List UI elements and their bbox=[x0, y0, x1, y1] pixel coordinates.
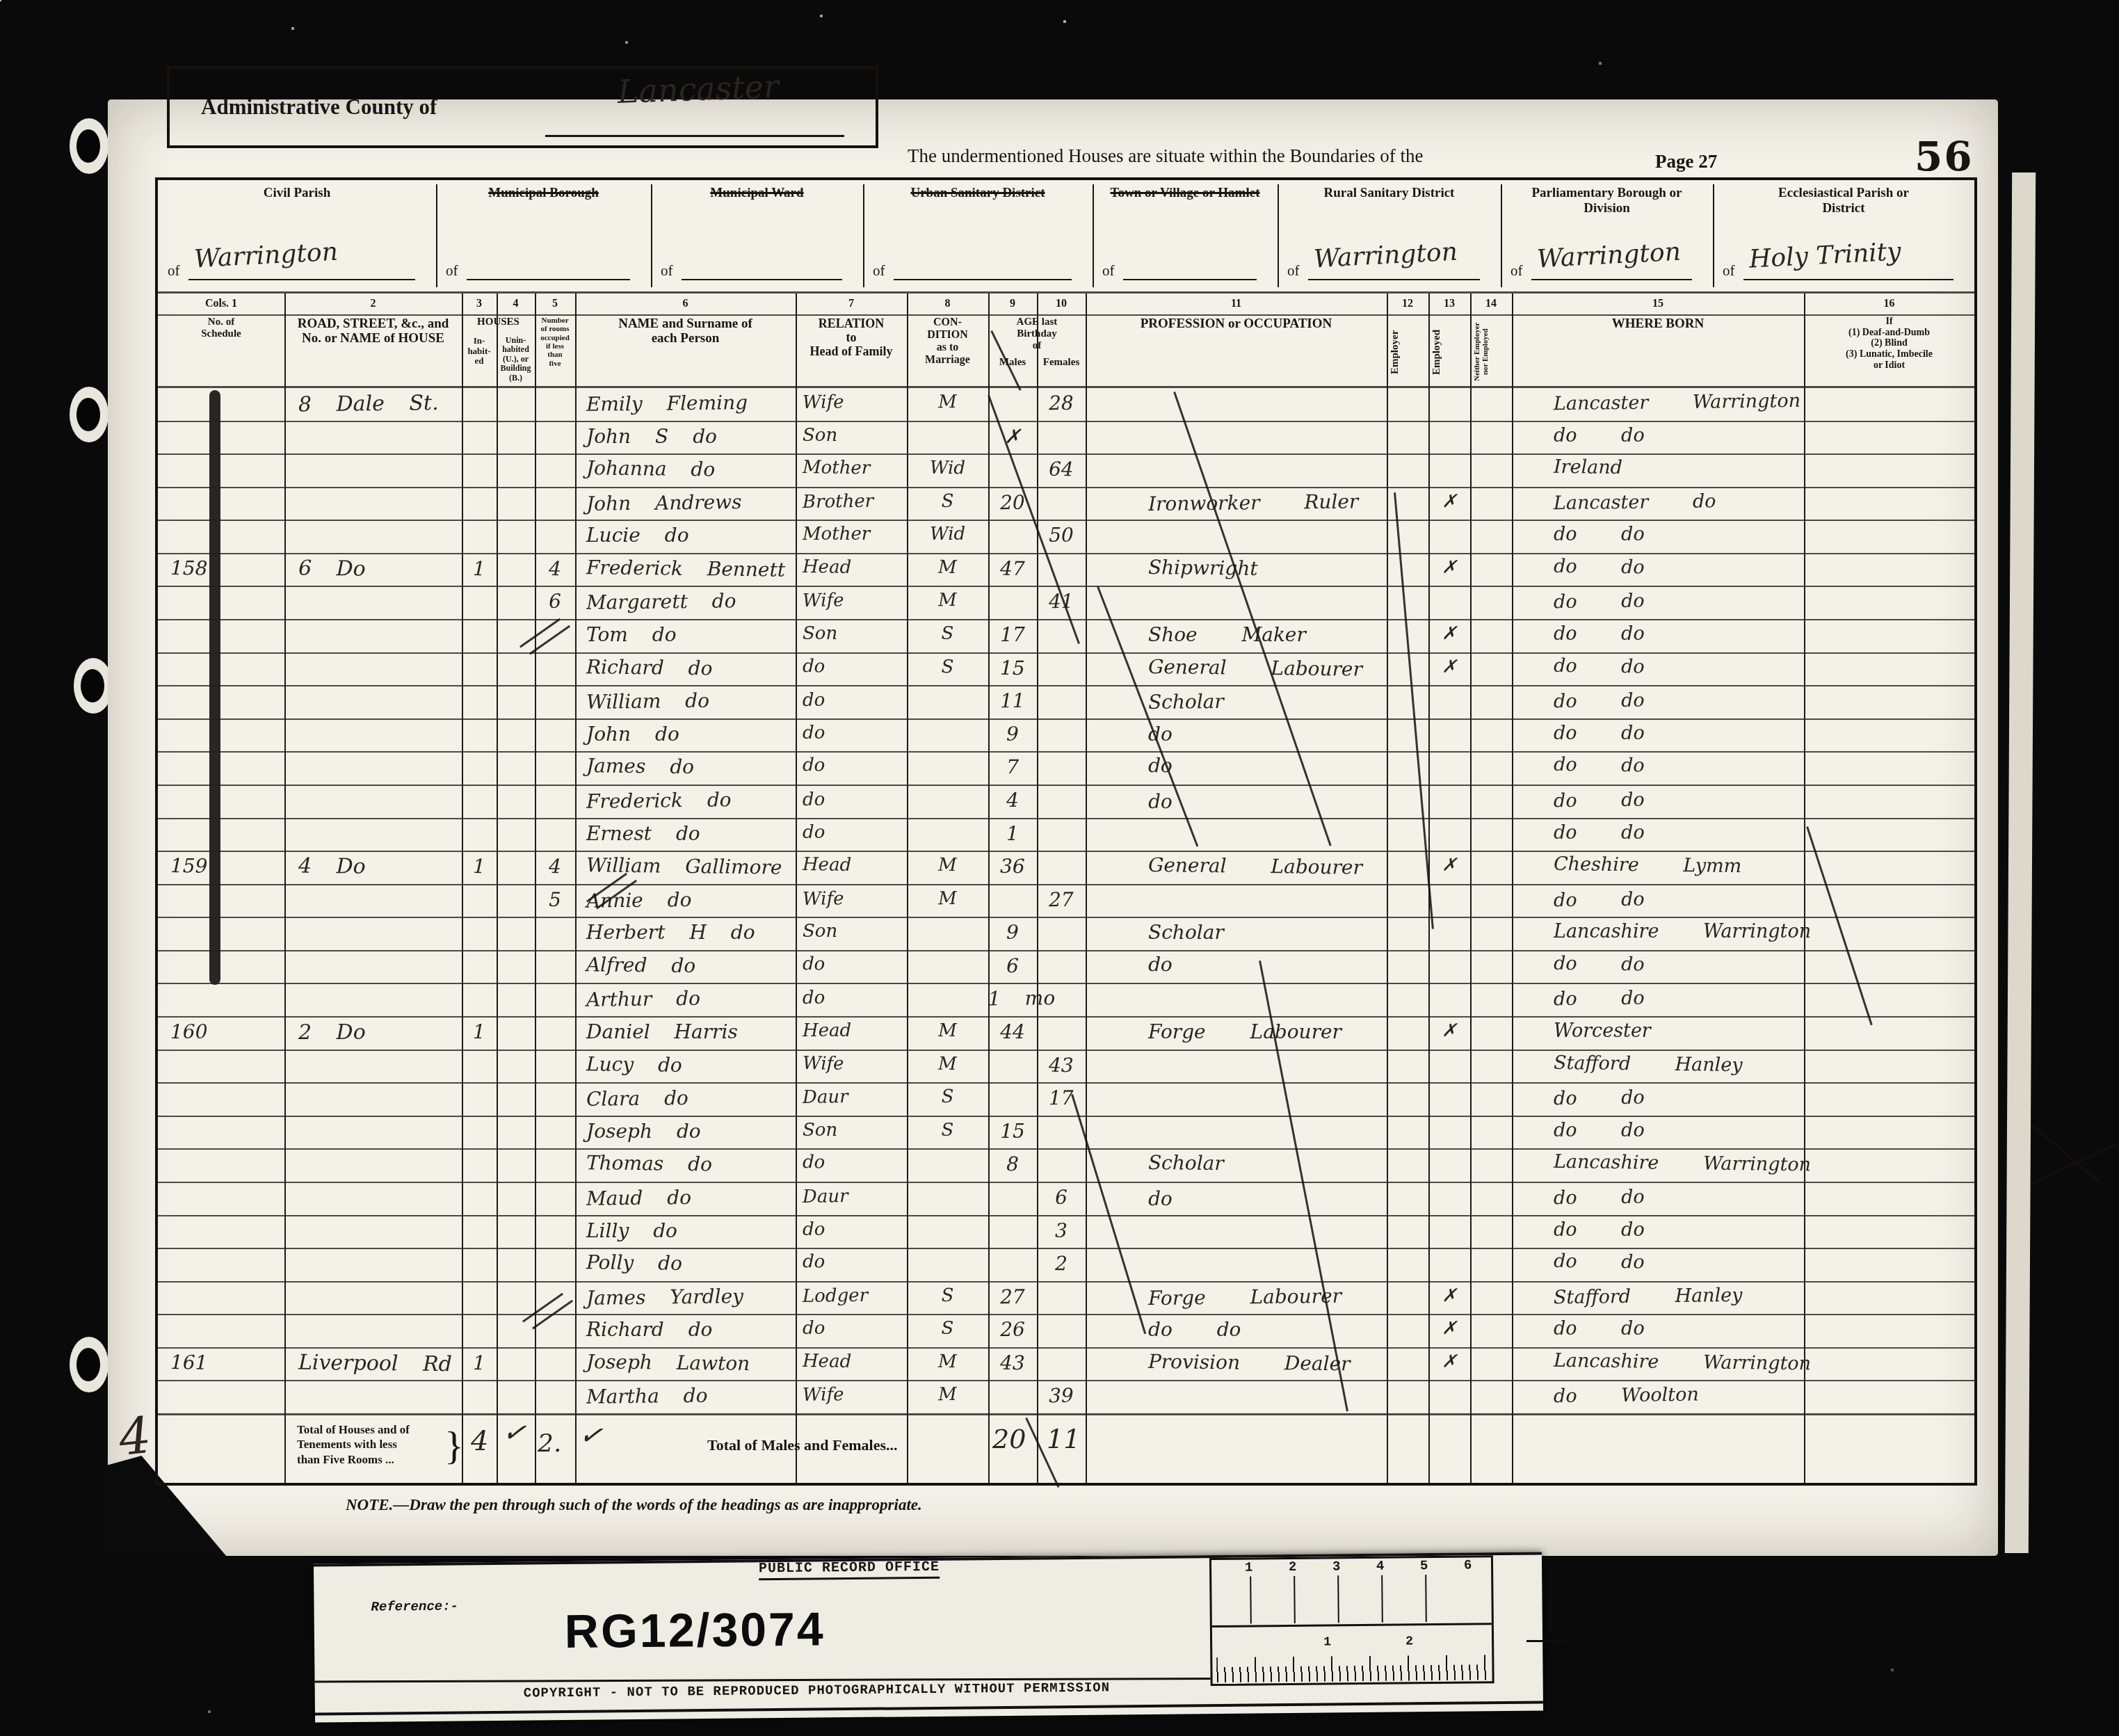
cell-name: William Gallimore bbox=[586, 853, 796, 879]
district-value: Warrington bbox=[1313, 238, 1458, 274]
cell-name: Maud do bbox=[586, 1184, 796, 1210]
column-number: 12 bbox=[1387, 294, 1428, 314]
cell-m: 17 bbox=[988, 623, 1037, 646]
column-header: No. of Schedule bbox=[159, 316, 283, 340]
cell-name: Lucie do bbox=[586, 524, 796, 547]
grid-vline bbox=[284, 294, 286, 1483]
cell-born: do do bbox=[1554, 822, 1804, 844]
cell-rel: do bbox=[803, 1318, 907, 1339]
cell-name: John do bbox=[586, 723, 796, 746]
stamp-office-title: PUBLIC RECORD OFFICE bbox=[759, 1559, 940, 1580]
grid-hline bbox=[158, 983, 1974, 984]
cell-empd: ✗ bbox=[1428, 1351, 1470, 1372]
cell-name: Annie do bbox=[586, 887, 796, 913]
cell-occ: do bbox=[1148, 723, 1387, 746]
cell-born: do do bbox=[1554, 787, 1804, 812]
cell-name: Tom do bbox=[586, 623, 796, 646]
cell-cond: Wid bbox=[907, 524, 988, 545]
cell-f: 39 bbox=[1037, 1384, 1086, 1408]
column-number: 16 bbox=[1804, 294, 1974, 314]
district-blank-line bbox=[1123, 279, 1257, 280]
cell-born: do do bbox=[1554, 723, 1804, 744]
totals-houses-value: 4 bbox=[471, 1425, 488, 1457]
cell-rel: Head bbox=[803, 854, 907, 876]
cell-name: Emily Fleming bbox=[586, 390, 796, 416]
cell-rel: Daur bbox=[803, 1185, 907, 1207]
registration-mark bbox=[1526, 1640, 1565, 1642]
district-separator bbox=[1093, 184, 1094, 287]
cell-rel: do bbox=[803, 1219, 907, 1240]
cell-cond: S bbox=[907, 1120, 988, 1141]
cell-name: Frederick Bennett bbox=[586, 556, 796, 581]
grid-hline bbox=[158, 917, 1974, 918]
grid-hline bbox=[158, 950, 1974, 951]
district-of-label: of bbox=[1510, 262, 1523, 280]
cell-born: do do bbox=[1554, 1251, 1804, 1275]
stamp-reference-label: Reference:- bbox=[371, 1598, 458, 1614]
district-value: Holy Trinity bbox=[1748, 237, 1901, 273]
cell-empd: ✗ bbox=[1428, 855, 1470, 876]
cell-name: Clara do bbox=[586, 1085, 796, 1111]
totals-females: 11 bbox=[1047, 1424, 1080, 1454]
cell-born: do do bbox=[1554, 524, 1804, 545]
grid-vline bbox=[575, 294, 577, 1483]
stamp-rule bbox=[315, 1701, 1543, 1716]
cell-name: Arthur do bbox=[586, 986, 796, 1012]
cell-name: Lilly do bbox=[586, 1219, 796, 1242]
district-of-label: of bbox=[873, 262, 885, 280]
cell-empd: ✗ bbox=[1428, 557, 1470, 579]
cell-name: Richard do bbox=[586, 1318, 796, 1341]
cell-rel: Son bbox=[803, 1120, 907, 1141]
grid-vline bbox=[1387, 294, 1388, 1483]
stamp-copyright: COPYRIGHT - NOT TO BE REPRODUCED PHOTOGR… bbox=[524, 1680, 1111, 1701]
district-value: Warrington bbox=[1536, 238, 1682, 274]
cell-born: do do bbox=[1554, 986, 1804, 1010]
cell-born: do do bbox=[1554, 1318, 1804, 1340]
grid-hline bbox=[158, 386, 1974, 388]
cell-rel: Wife bbox=[803, 391, 907, 413]
cell-born: Worcester bbox=[1554, 1020, 1804, 1042]
dust-specks bbox=[0, 0, 1, 1]
column-number: 5 bbox=[535, 294, 575, 314]
grid-vline bbox=[462, 294, 463, 1483]
cell-rel: Son bbox=[803, 425, 907, 446]
cell-name: Margarett do bbox=[586, 589, 796, 615]
cell-name: Ernest do bbox=[586, 822, 796, 845]
cell-occ: do bbox=[1148, 754, 1387, 780]
column-number: 9 bbox=[988, 294, 1037, 314]
column-header: ROAD, STREET, &c., and No. or NAME of HO… bbox=[286, 316, 460, 346]
cell-empd: ✗ bbox=[1428, 490, 1470, 512]
cell-occ: do bbox=[1148, 1184, 1387, 1210]
cell-cond: S bbox=[907, 1285, 988, 1306]
column-header: WHERE BORN bbox=[1513, 316, 1803, 331]
cell-born: do do bbox=[1554, 754, 1804, 778]
cell-born: do do bbox=[1554, 1219, 1804, 1241]
column-number: 6 bbox=[575, 294, 796, 314]
district-separator bbox=[1713, 184, 1714, 287]
grid-hline bbox=[158, 553, 1974, 554]
district-of-label: of bbox=[1102, 262, 1115, 280]
cell-m: 9 bbox=[988, 723, 1037, 746]
cell-occ: Shoe Maker bbox=[1148, 623, 1387, 646]
cell-rel: do bbox=[803, 656, 907, 678]
district-of-label: of bbox=[446, 262, 458, 280]
column-number: 13 bbox=[1428, 294, 1470, 314]
cell-road: 8 Dale St. bbox=[298, 391, 462, 417]
cell-born: do do bbox=[1554, 1085, 1804, 1109]
cell-cond: M bbox=[907, 1384, 988, 1406]
district-label: Ecclesiastical Parish or District bbox=[1718, 186, 1969, 216]
cell-m: 26 bbox=[988, 1318, 1037, 1341]
grid-hline bbox=[158, 1413, 1974, 1415]
grid-hline bbox=[158, 1116, 1974, 1117]
cell-empd: ✗ bbox=[1428, 1020, 1470, 1041]
grid-hline bbox=[158, 1380, 1974, 1381]
district-label: Rural Sanitary District bbox=[1283, 186, 1495, 201]
cell-name: Johanna do bbox=[586, 456, 796, 482]
ruler-divider bbox=[1212, 1623, 1492, 1627]
column-header: Employer bbox=[1389, 319, 1426, 385]
cell-m: ✗ bbox=[988, 425, 1037, 448]
column-number: 2 bbox=[284, 294, 462, 314]
cell-born: do do bbox=[1554, 1120, 1804, 1141]
cell-name: Joseph Lawton bbox=[586, 1350, 796, 1376]
district-label: Municipal Ward bbox=[656, 186, 857, 201]
grid-hline bbox=[158, 1016, 1974, 1018]
grid-hline bbox=[158, 1148, 1974, 1150]
boundaries-text: The undermentioned Houses are situate wi… bbox=[908, 145, 1575, 167]
cell-cond: S bbox=[907, 1318, 988, 1339]
page-number: Page 27 bbox=[1655, 151, 1717, 172]
cell-rooms: 6 bbox=[535, 590, 575, 613]
cell-name: Herbert H do bbox=[586, 921, 796, 944]
punch-hole bbox=[70, 387, 108, 442]
cell-m: 1 bbox=[988, 822, 1037, 845]
ruler-tick bbox=[1425, 1575, 1427, 1622]
grid-hline bbox=[158, 453, 1974, 455]
cell-occ: Provision Dealer bbox=[1148, 1350, 1387, 1376]
grid-vline bbox=[1512, 294, 1513, 1483]
cell-occ: Ironworker Ruler bbox=[1148, 490, 1387, 515]
column-header: Employed bbox=[1431, 319, 1467, 385]
cell-born: Stafford Hanley bbox=[1554, 1283, 1804, 1308]
ruler-inch-label: 6 bbox=[1464, 1557, 1472, 1573]
district-separator bbox=[651, 184, 652, 287]
cell-born: do do bbox=[1554, 953, 1804, 977]
cell-f: 3 bbox=[1037, 1219, 1086, 1242]
cell-rel: do bbox=[803, 1152, 907, 1174]
county-box: Administrative County of Lancaster bbox=[167, 66, 878, 148]
cell-occ: Shipwright bbox=[1148, 556, 1387, 581]
cell-f: 43 bbox=[1037, 1053, 1086, 1077]
folio-stamp: 56 bbox=[1915, 133, 1974, 180]
grid-hline bbox=[158, 851, 1974, 852]
registration-mark bbox=[1549, 1566, 1552, 1632]
cell-occ: Scholar bbox=[1148, 921, 1387, 944]
district-separator bbox=[436, 184, 437, 287]
cell-name: Joseph do bbox=[586, 1120, 796, 1143]
grid-hline bbox=[158, 314, 1974, 316]
column-number: 7 bbox=[796, 294, 907, 314]
cell-name: Polly do bbox=[586, 1251, 796, 1276]
grid-hline bbox=[158, 718, 1974, 720]
cell-m: 4 bbox=[988, 789, 1037, 812]
cell-m: 1 mo bbox=[988, 987, 1037, 1011]
county-label: Administrative County of bbox=[201, 95, 437, 120]
ruler-inch-label: 2 bbox=[1289, 1559, 1297, 1575]
county-value: Lancaster bbox=[558, 65, 838, 113]
ruler: 1 2 3 4 5 6 1 2 bbox=[1209, 1555, 1494, 1686]
cell-name: Lucy do bbox=[586, 1052, 796, 1078]
district-blank-line bbox=[1531, 279, 1692, 280]
cell-road: Liverpool Rd bbox=[298, 1350, 462, 1376]
cell-sched: 160 bbox=[170, 1020, 284, 1043]
cell-rooms: 4 bbox=[535, 855, 575, 878]
grid-hline bbox=[158, 1314, 1974, 1315]
district-blank-line bbox=[467, 279, 630, 280]
column-header: RELATION to Head of Family bbox=[797, 316, 905, 358]
cell-m: 27 bbox=[988, 1285, 1037, 1308]
census-page: Administrative County of Lancaster The u… bbox=[108, 99, 1998, 1556]
margin-tally: 4 bbox=[116, 1406, 154, 1467]
totals-rooms-value: 2. bbox=[538, 1429, 561, 1458]
cell-empd: ✗ bbox=[1428, 1285, 1470, 1306]
grid-hline bbox=[158, 586, 1974, 587]
district-of-label: of bbox=[661, 262, 673, 280]
cell-rel: Brother bbox=[803, 490, 907, 513]
cell-empd: ✗ bbox=[1428, 656, 1470, 677]
census-form: Civil ParishofWarringtonMunicipal Boroug… bbox=[155, 177, 1977, 1486]
cell-occ: Forge Labourer bbox=[1148, 1020, 1387, 1043]
ruler-tick bbox=[1250, 1577, 1252, 1624]
cell-rel: Head bbox=[803, 1020, 907, 1041]
pen-stroke bbox=[2027, 1143, 2116, 1187]
column-header: Males bbox=[990, 357, 1036, 369]
column-header: If (1) Deaf-and-Dumb (2) Blind (3) Lunat… bbox=[1805, 316, 1973, 371]
cell-m: 44 bbox=[988, 1020, 1037, 1043]
ruler-cm-ticks bbox=[1216, 1664, 1488, 1682]
column-header: Number of rooms occupied if less than fi… bbox=[536, 316, 574, 368]
cell-inh: 1 bbox=[462, 855, 497, 878]
column-number: 3 bbox=[462, 294, 497, 314]
cell-rel: Daur bbox=[803, 1086, 907, 1108]
page-edge-strip bbox=[2005, 172, 2036, 1553]
district-blank-line bbox=[1308, 279, 1480, 280]
cell-m: 47 bbox=[988, 556, 1037, 580]
grid-hline bbox=[158, 619, 1974, 620]
cell-occ: Scholar bbox=[1148, 1151, 1387, 1177]
cell-rel: do bbox=[803, 1251, 907, 1273]
cell-born: do do bbox=[1554, 556, 1804, 580]
column-header: Unin- habited (U.), or Building (B.) bbox=[498, 336, 533, 383]
grid-hline bbox=[158, 652, 1974, 654]
cell-name: John S do bbox=[586, 425, 796, 448]
cell-name: Richard do bbox=[586, 655, 796, 681]
cell-occ: Scholar bbox=[1148, 688, 1387, 714]
grid-hline bbox=[158, 785, 1974, 786]
cell-f: 6 bbox=[1037, 1185, 1086, 1209]
column-header: In- habit- ed bbox=[463, 336, 495, 367]
cell-born: do do bbox=[1554, 688, 1804, 712]
cell-m: 9 bbox=[988, 921, 1037, 944]
cell-name: James Yardley bbox=[586, 1284, 796, 1310]
ruler-tick bbox=[1294, 1576, 1296, 1623]
district-label: Civil Parish bbox=[163, 186, 430, 201]
cell-f: 2 bbox=[1037, 1252, 1086, 1276]
houses-group-header: HOUSES bbox=[462, 316, 535, 328]
cell-born: do do bbox=[1554, 1184, 1804, 1209]
cell-born: Lancashire Warrington bbox=[1554, 921, 1804, 942]
cell-sched: 161 bbox=[170, 1351, 284, 1375]
cell-rel: do bbox=[803, 954, 907, 976]
cell-inh: 1 bbox=[462, 557, 497, 581]
cell-rel: Head bbox=[803, 556, 907, 579]
cell-cond: M bbox=[907, 1020, 988, 1041]
cell-name: Frederick do bbox=[586, 787, 796, 813]
ruler-cm-label: 2 bbox=[1405, 1634, 1413, 1648]
district-separator bbox=[1501, 184, 1502, 287]
cell-cond: M bbox=[907, 590, 988, 611]
column-number: 10 bbox=[1037, 294, 1086, 314]
cell-f: 28 bbox=[1037, 392, 1086, 415]
totals-houses-label: Total of Houses and of Tenements with le… bbox=[297, 1422, 457, 1467]
ruler-tick bbox=[1381, 1575, 1383, 1623]
district-label: Town or Village or Hamlet bbox=[1098, 186, 1272, 201]
cell-born: Ireland bbox=[1554, 456, 1804, 481]
district-of-label: of bbox=[168, 262, 180, 280]
district-label: Parliamentary Borough or Division bbox=[1506, 186, 1707, 216]
cell-m: 36 bbox=[988, 855, 1037, 878]
grid-vline bbox=[1804, 294, 1805, 1483]
cell-born: Lancaster do bbox=[1554, 490, 1804, 514]
cell-cond: S bbox=[907, 656, 988, 677]
column-header: Females bbox=[1038, 357, 1084, 369]
cell-sched: 159 bbox=[170, 854, 284, 878]
cell-born: Lancashire Warrington bbox=[1554, 1151, 1804, 1175]
grid-vline bbox=[796, 294, 797, 1483]
column-header: Neither Employer nor Employed bbox=[1473, 319, 1509, 385]
cell-inh: 1 bbox=[462, 1020, 497, 1043]
cell-born: do do bbox=[1554, 425, 1804, 447]
punch-hole bbox=[70, 1337, 108, 1392]
cell-empd: ✗ bbox=[1428, 1318, 1470, 1339]
grid-hline bbox=[158, 818, 1974, 819]
cell-name: Martha do bbox=[586, 1383, 796, 1409]
district-label: Municipal Borough bbox=[442, 186, 645, 201]
grid-hline bbox=[158, 751, 1974, 753]
census-scan: Administrative County of Lancaster The u… bbox=[0, 0, 2119, 1736]
totals-males-females-label: Total of Males and Females... bbox=[707, 1436, 898, 1454]
cell-m: 6 bbox=[988, 954, 1037, 977]
cell-cond: M bbox=[907, 887, 988, 909]
column-number: 4 bbox=[497, 294, 535, 314]
ruler-inch-label: 1 bbox=[1245, 1560, 1253, 1575]
check-mark: ✓ bbox=[577, 1418, 605, 1453]
district-blank-line bbox=[1743, 279, 1953, 280]
cell-empd: ✗ bbox=[1428, 623, 1470, 644]
cell-cond: S bbox=[907, 1086, 988, 1107]
cell-cond: Wid bbox=[907, 457, 988, 479]
cell-rel: do bbox=[803, 689, 907, 711]
grid-hline bbox=[158, 1347, 1974, 1349]
cell-rooms: 5 bbox=[535, 887, 575, 911]
grid-hline bbox=[158, 1050, 1974, 1051]
punch-hole bbox=[70, 118, 108, 174]
cell-cond: M bbox=[907, 556, 988, 578]
grid-hline bbox=[158, 1082, 1974, 1084]
cell-name: William do bbox=[586, 688, 796, 714]
grid-vline bbox=[1086, 294, 1087, 1483]
ruler-tick bbox=[1337, 1575, 1339, 1623]
cell-occ: do bbox=[1148, 953, 1387, 979]
totals-brace: } bbox=[444, 1422, 464, 1469]
grid-hline bbox=[158, 1215, 1974, 1216]
district-separator bbox=[863, 184, 864, 287]
cell-cond: M bbox=[907, 391, 988, 412]
district-blank-line bbox=[894, 279, 1072, 280]
cell-born: Stafford Hanley bbox=[1554, 1052, 1804, 1076]
cell-m: 11 bbox=[988, 689, 1037, 713]
cell-f: 27 bbox=[1037, 887, 1086, 911]
cell-rel: do bbox=[803, 987, 907, 1009]
district-blank-line bbox=[682, 279, 842, 280]
column-number: 15 bbox=[1512, 294, 1804, 314]
cell-f: 50 bbox=[1037, 524, 1086, 547]
cell-occ: General Labourer bbox=[1148, 853, 1387, 879]
cell-cond: M bbox=[907, 1351, 988, 1372]
cell-road: 6 Do bbox=[298, 556, 462, 582]
column-number: 14 bbox=[1470, 294, 1512, 314]
grid-hline bbox=[158, 487, 1974, 488]
cell-m: 15 bbox=[988, 1120, 1037, 1143]
district-of-label: of bbox=[1287, 262, 1300, 280]
check-mark: ✓ bbox=[501, 1415, 529, 1450]
cell-rel: Wife bbox=[803, 1383, 907, 1406]
cell-m: 7 bbox=[988, 755, 1037, 779]
cell-road: 2 Do bbox=[298, 1020, 462, 1045]
cell-rel: Wife bbox=[803, 1053, 907, 1075]
stamp-reference-number: RG12/3074 bbox=[565, 1602, 826, 1659]
grid-hline bbox=[158, 1182, 1974, 1183]
cell-m: 8 bbox=[988, 1152, 1037, 1176]
cell-cond: S bbox=[907, 623, 988, 644]
cell-rel: Wife bbox=[803, 887, 907, 910]
cell-occ: Forge Labourer bbox=[1148, 1284, 1387, 1310]
footnote: NOTE.—Draw the pen through such of the w… bbox=[346, 1496, 922, 1514]
cell-born: Cheshire Lymm bbox=[1554, 853, 1804, 878]
cell-name: James do bbox=[586, 755, 796, 780]
column-header: PROFESSION or OCCUPATION bbox=[1087, 316, 1385, 331]
ruler-inch-label: 3 bbox=[1332, 1559, 1341, 1574]
cell-road: 4 Do bbox=[298, 854, 462, 881]
cell-m: 43 bbox=[988, 1351, 1037, 1374]
cell-f: 17 bbox=[1037, 1086, 1086, 1110]
cell-cond: M bbox=[907, 854, 988, 876]
cell-rel: do bbox=[803, 788, 907, 810]
grid-hline bbox=[158, 520, 1974, 521]
cell-born: do Woolton bbox=[1554, 1383, 1804, 1407]
cell-rel: do bbox=[803, 755, 907, 777]
cell-born: do do bbox=[1554, 654, 1804, 679]
cell-occ: do do bbox=[1148, 1318, 1387, 1341]
district-of-label: of bbox=[1723, 262, 1735, 280]
cell-rel: do bbox=[803, 822, 907, 843]
column-header: CON- DITION as to Marriage bbox=[908, 316, 987, 367]
cell-rel: Son bbox=[803, 623, 907, 644]
cell-rel: Wife bbox=[803, 590, 907, 612]
